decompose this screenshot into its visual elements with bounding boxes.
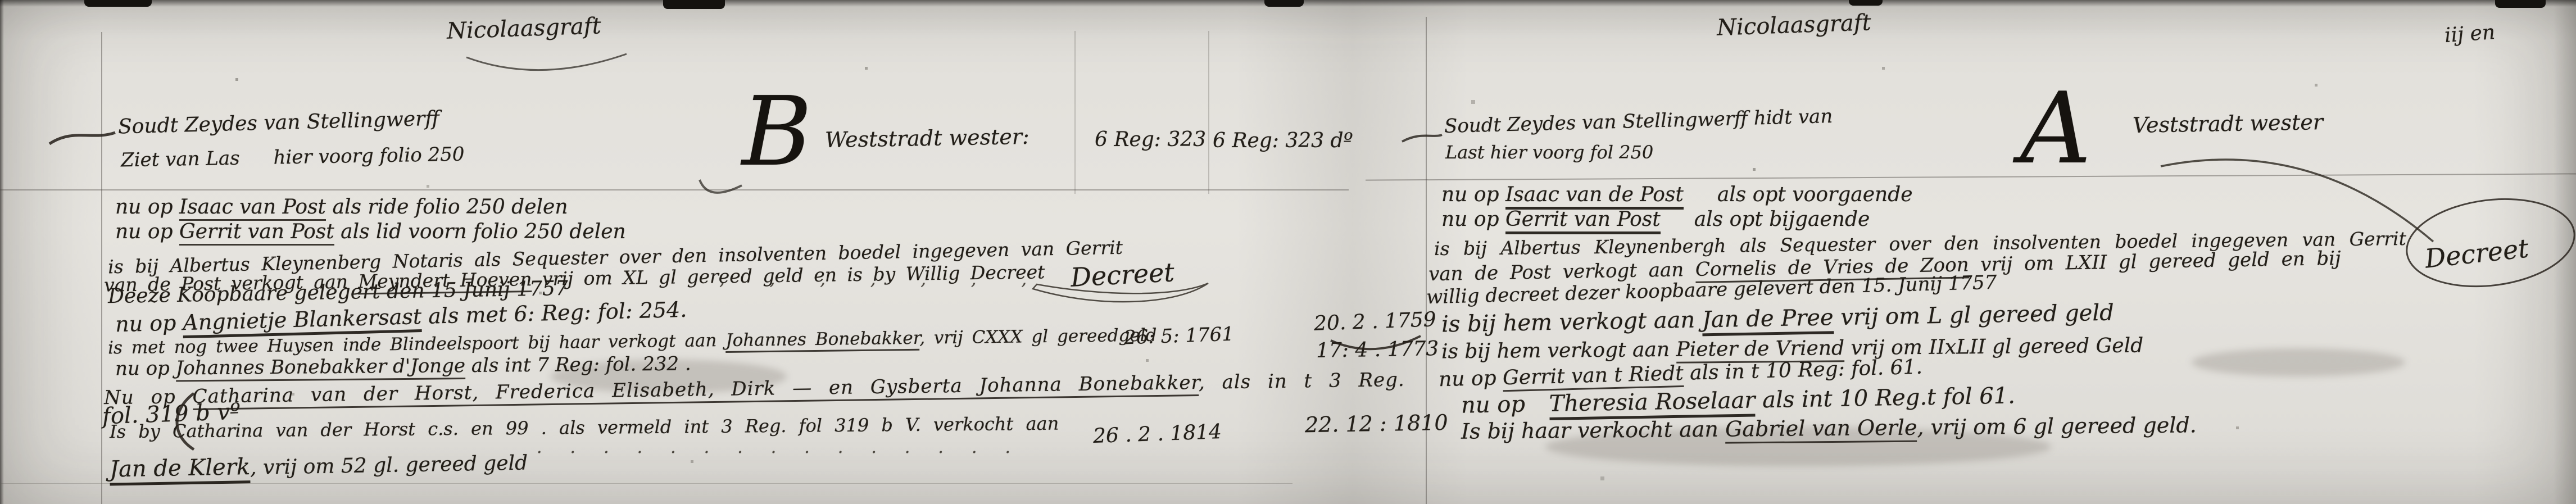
entry-pre: nu op — [115, 220, 179, 243]
margin-date: 20. 2 . 1759 — [1313, 308, 1436, 335]
scan-left-edge — [0, 0, 4, 504]
owner-name: Isaac van de Post — [1505, 183, 1684, 210]
entry-pre: nu op — [1441, 183, 1505, 206]
entry-post: vrij om L gl gereed geld — [1833, 300, 2114, 331]
entry-pre: nu op — [1461, 391, 1532, 418]
ink-blob — [663, 0, 725, 9]
buyer-name: Jan de Pree — [1702, 305, 1834, 336]
entry-pre: nu op — [1439, 366, 1503, 391]
amount-column-rule — [1208, 31, 1209, 194]
buyer-name: Gabriel van Oerle — [1725, 415, 1917, 444]
scan-right-edge — [2554, 0, 2576, 504]
entry-line: nu op Gerrit van Post als lid voorn foli… — [115, 220, 626, 243]
entry-pre: nu op — [115, 310, 183, 337]
fill-dots: ··············· — [537, 443, 1038, 462]
margin-date: 17: 4 . 1773 — [1316, 337, 1439, 362]
margin-note-decreet: Decreet — [1070, 257, 1175, 293]
owner-name: Gerrit van Post — [1505, 208, 1661, 234]
buyer-name: Johannes Bonebakker — [725, 328, 919, 353]
entry-post: , als in t 3 Reg. — [1199, 369, 1405, 394]
ditto-dashes: ‚‚‚‚‚‚‚ — [719, 270, 1072, 289]
owner-name: Gerrit van t Riedt — [1503, 362, 1684, 392]
page-title: Nicolaasgraft — [1716, 10, 1871, 41]
heading-text: Ziet van Las — [121, 147, 240, 172]
owner-name: Isaac van Post — [179, 196, 326, 221]
entry-pre: Is bij haar verkocht aan — [1461, 417, 1725, 444]
heading-folio-ref: hier voorg folio 250 — [273, 143, 465, 169]
entry-post: , vrij CXXX gl gereedgeld — [919, 325, 1157, 348]
buyer-name: Jan de Klerk — [110, 454, 251, 485]
bleedthrough-smudge — [2192, 348, 2405, 376]
paper-speckles — [0, 0, 2, 2]
entry-post: als lid voorn folio 250 delen — [334, 220, 626, 243]
ink-blob — [1264, 0, 1304, 7]
owner-name: Johannes Bonebakker d'Jonge — [175, 355, 465, 382]
entry-pre: nu op — [115, 357, 176, 380]
section-initial: B — [742, 84, 812, 180]
owner-name: Theresia Roselaar — [1549, 387, 1756, 420]
heading-line: Last hier voorg fol 250 — [1445, 142, 1653, 163]
entry-pre: is bij hem verkogt aan — [1441, 338, 1676, 364]
entry-pre: nu op — [115, 196, 179, 219]
entry-pre: nu op — [1441, 208, 1505, 231]
entry-post: als int 10 Reg.t fol 61. — [1755, 383, 2015, 413]
entry-post: als opt voorgaende — [1717, 183, 1913, 206]
margin-date: 22. 12 : 1810 — [1305, 410, 1448, 437]
margin-date: 26: 5: 1761 — [1123, 323, 1234, 349]
ink-blob — [1849, 0, 1883, 6]
section-initial: A — [2020, 80, 2091, 178]
street-label: Veststradt wester — [2133, 110, 2324, 138]
entry-post: als int 7 Reg: fol. 232 . — [465, 353, 691, 378]
ledger-scan: Nicolaasgraft Soudt Zeydes van Stellingw… — [0, 0, 2576, 504]
amount-value: 6 Reg: 323 — [1095, 128, 1206, 151]
entry-line: nu op Isaac van de Postals opt voorgaend… — [1441, 183, 1913, 206]
margin-date: 26 . 2 . 1814 — [1092, 420, 1222, 448]
page-title: Nicolaasgraft — [446, 13, 601, 44]
ink-blob — [84, 0, 152, 7]
street-label: Weststradt wester: — [825, 124, 1030, 152]
amount-value: 6 Reg: 323 dº — [1213, 129, 1353, 152]
amount-column-rule — [1074, 31, 1076, 194]
entry-post: , vrij om 52 gl. gereed geld — [250, 452, 528, 480]
folio-corner-note: iij en — [2444, 21, 2496, 47]
entry-post: als ride folio 250 delen — [326, 196, 568, 219]
left-margin-rule — [101, 32, 102, 504]
owner-name: Gerrit van Post — [179, 220, 334, 246]
entry-line: nu op Isaac van Post als ride folio 250 … — [115, 196, 568, 219]
header-row-rule-left — [0, 189, 1349, 190]
entry-line: nu op Gerrit van Postals opt bijgaende — [1441, 208, 1870, 231]
entry-post: , vrij om 6 gl gereed geld. — [1917, 412, 2197, 439]
entry-pre: is bij hem verkogt aan — [1441, 307, 1703, 337]
ink-blob — [2495, 0, 2546, 8]
entry-post: als opt bijgaende — [1694, 208, 1870, 231]
